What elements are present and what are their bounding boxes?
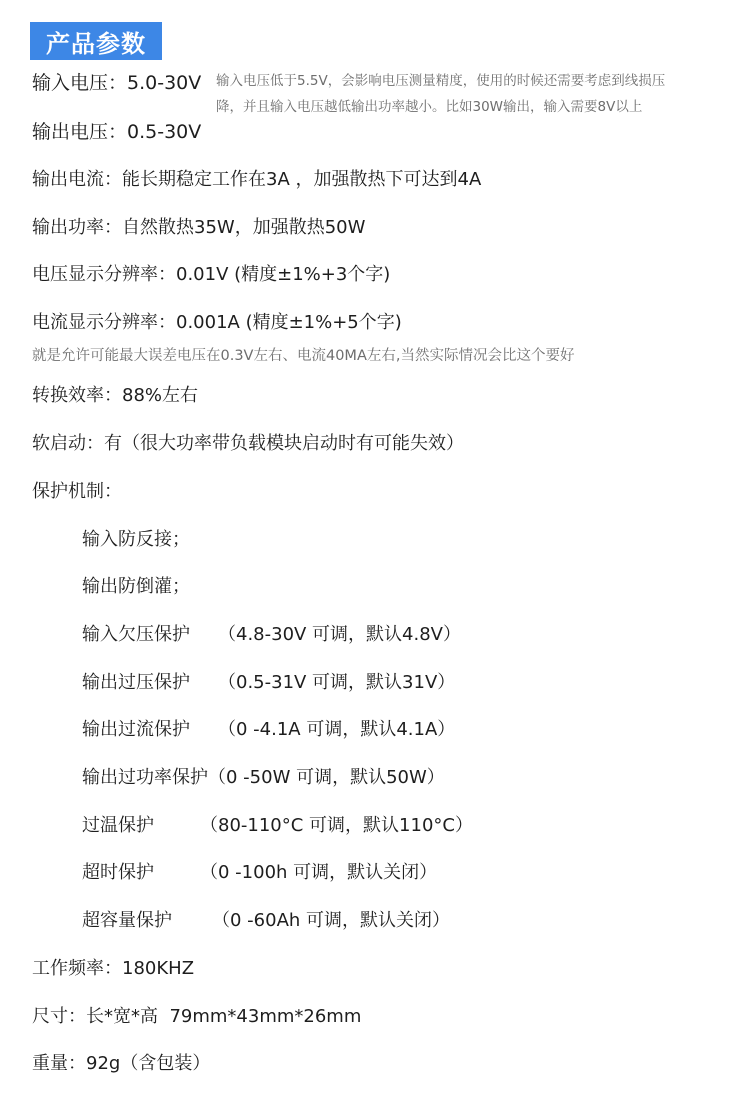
spec-label: 转换效率： xyxy=(32,385,122,406)
spec-protection-heading: 保护机制： xyxy=(32,480,122,504)
spec-label: 电流显示分辨率： xyxy=(32,312,176,333)
protection-detail: （0 -50W 可调，默认50W） xyxy=(208,767,445,788)
protection-item: 输出防倒灌； xyxy=(82,575,190,599)
protection-name: 输入欠压保护 xyxy=(82,623,218,647)
spec-voltage-resolution: 电压显示分辨率：0.01V (精度±1%+3个字) xyxy=(32,263,390,287)
spec-efficiency: 转换效率：88%左右 xyxy=(32,384,198,408)
spec-label: 输入电压： xyxy=(32,72,127,94)
protection-name: 输出过流保护 xyxy=(82,718,218,742)
spec-label: 尺寸： xyxy=(32,1006,86,1027)
protection-item: 输出过功率保护（0 -50W 可调，默认50W） xyxy=(82,766,445,790)
input-voltage-note-line2: 降，并且输入电压越低输出功率越小。比如30W输出，输入需要8V以上 xyxy=(216,95,642,119)
protection-detail: （0 -100h 可调，默认关闭） xyxy=(200,862,437,883)
protection-name: 超时保护 xyxy=(82,861,200,885)
protection-detail: （0 -4.1A 可调，默认4.1A） xyxy=(218,719,455,740)
spec-value: 有（很大功率带负载模块启动时有可能失效） xyxy=(104,433,464,454)
spec-label: 软启动： xyxy=(32,433,104,454)
spec-value: 5.0-30V xyxy=(127,72,201,94)
protection-name: 超容量保护 xyxy=(82,909,212,933)
protection-item: 过温保护（80-110°C 可调，默认110°C） xyxy=(82,814,473,838)
protection-detail: （80-110°C 可调，默认110°C） xyxy=(200,815,473,836)
spec-input-voltage: 输入电压：5.0-30V xyxy=(32,71,201,95)
spec-value: 180KHZ xyxy=(122,958,194,979)
spec-label: 保护机制： xyxy=(32,481,122,502)
protection-name: 输入防反接； xyxy=(82,529,190,550)
spec-value: 0.5-30V xyxy=(127,121,201,143)
spec-value: 88%左右 xyxy=(122,385,198,406)
protection-item: 超时保护（0 -100h 可调，默认关闭） xyxy=(82,861,437,885)
spec-current-resolution: 电流显示分辨率：0.001A (精度±1%+5个字) xyxy=(32,311,402,335)
spec-value: 0.01V (精度±1%+3个字) xyxy=(176,264,390,285)
spec-value: 92g（含包装） xyxy=(86,1053,210,1074)
spec-output-power: 输出功率：自然散热35W，加强散热50W xyxy=(32,216,365,240)
spec-dimensions: 尺寸：长*宽*高 79mm*43mm*26mm xyxy=(32,1005,361,1029)
spec-label: 输出电流： xyxy=(32,169,122,190)
spec-frequency: 工作频率：180KHZ xyxy=(32,957,194,981)
spec-value: 0.001A (精度±1%+5个字) xyxy=(176,312,402,333)
spec-output-voltage: 输出电压：0.5-30V xyxy=(32,120,201,144)
accuracy-note: 就是允许可能最大误差电压在0.3V左右、电流40MA左右,当然实际情况会比这个要… xyxy=(32,344,574,368)
spec-weight: 重量：92g（含包装） xyxy=(32,1052,210,1076)
spec-value: 自然散热35W，加强散热50W xyxy=(122,217,365,238)
protection-detail: （0.5-31V 可调，默认31V） xyxy=(218,672,455,693)
protection-detail: （4.8-30V 可调，默认4.8V） xyxy=(218,624,461,645)
spec-value: 长*宽*高 79mm*43mm*26mm xyxy=(86,1006,361,1027)
spec-label: 工作频率： xyxy=(32,958,122,979)
spec-label: 输出功率： xyxy=(32,217,122,238)
protection-name: 过温保护 xyxy=(82,814,200,838)
input-voltage-note-line1: 输入电压低于5.5V，会影响电压测量精度，使用的时候还需要考虑到线损压 xyxy=(216,69,665,93)
protection-item: 输入防反接； xyxy=(82,528,190,552)
protection-detail: （0 -60Ah 可调，默认关闭） xyxy=(212,910,450,931)
spec-label: 电压显示分辨率： xyxy=(32,264,176,285)
protection-name: 输出过压保护 xyxy=(82,671,218,695)
section-title-badge: 产品参数 xyxy=(30,22,162,60)
spec-label: 重量： xyxy=(32,1053,86,1074)
protection-name: 输出过功率保护 xyxy=(82,767,208,788)
spec-label: 输出电压： xyxy=(32,121,127,143)
protection-item: 输出过流保护（0 -4.1A 可调，默认4.1A） xyxy=(82,718,455,742)
spec-value: 能长期稳定工作在3A ，加强散热下可达到4A xyxy=(122,169,481,190)
protection-item: 输出过压保护（0.5-31V 可调，默认31V） xyxy=(82,671,455,695)
spec-output-current: 输出电流：能长期稳定工作在3A ，加强散热下可达到4A xyxy=(32,168,481,192)
protection-item: 超容量保护（0 -60Ah 可调，默认关闭） xyxy=(82,909,450,933)
spec-soft-start: 软启动：有（很大功率带负载模块启动时有可能失效） xyxy=(32,432,464,456)
protection-name: 输出防倒灌； xyxy=(82,576,190,597)
protection-item: 输入欠压保护（4.8-30V 可调，默认4.8V） xyxy=(82,623,461,647)
